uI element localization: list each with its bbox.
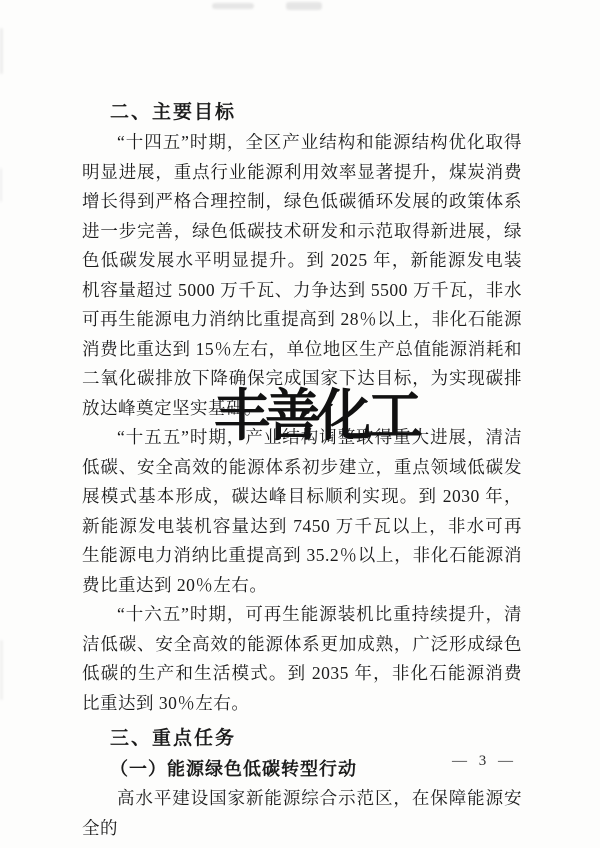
- paragraph-14th-five-year-goals: “十四五”时期，全区产业结构和能源结构优化取得明显进展，重点行业能源利用效率显著…: [82, 128, 522, 423]
- paragraph-15th-five-year-goals: “十五五”时期，产业结构调整取得重大进展，清洁低碳、安全高效的能源体系初步建立，…: [82, 423, 522, 600]
- scanned-document-page: 丰善化工 二、主要目标 “十四五”时期，全区产业结构和能源结构优化取得明显进展，…: [0, 0, 600, 848]
- scan-artifact: [0, 640, 3, 700]
- section-heading-main-goals: 二、主要目标: [82, 98, 522, 128]
- section-heading-key-tasks: 三、重点任务: [82, 724, 522, 754]
- scan-artifact: [212, 3, 254, 9]
- scan-artifact: [286, 2, 322, 10]
- page-number: — 3 —: [452, 753, 517, 770]
- document-body: 二、主要目标 “十四五”时期，全区产业结构和能源结构优化取得明显进展，重点行业能…: [82, 98, 522, 843]
- paragraph-16th-five-year-goals: “十六五”时期，可再生能源装机比重持续提升，清洁低碳、安全高效的能源体系更加成熟…: [82, 600, 522, 718]
- scan-artifact: [0, 28, 3, 74]
- scan-artifact: [0, 168, 2, 202]
- company-watermark: 丰善化工: [214, 386, 418, 448]
- paragraph-energy-transition-intro: 高水平建设国家新能源综合示范区，在保障能源安全的: [82, 784, 522, 843]
